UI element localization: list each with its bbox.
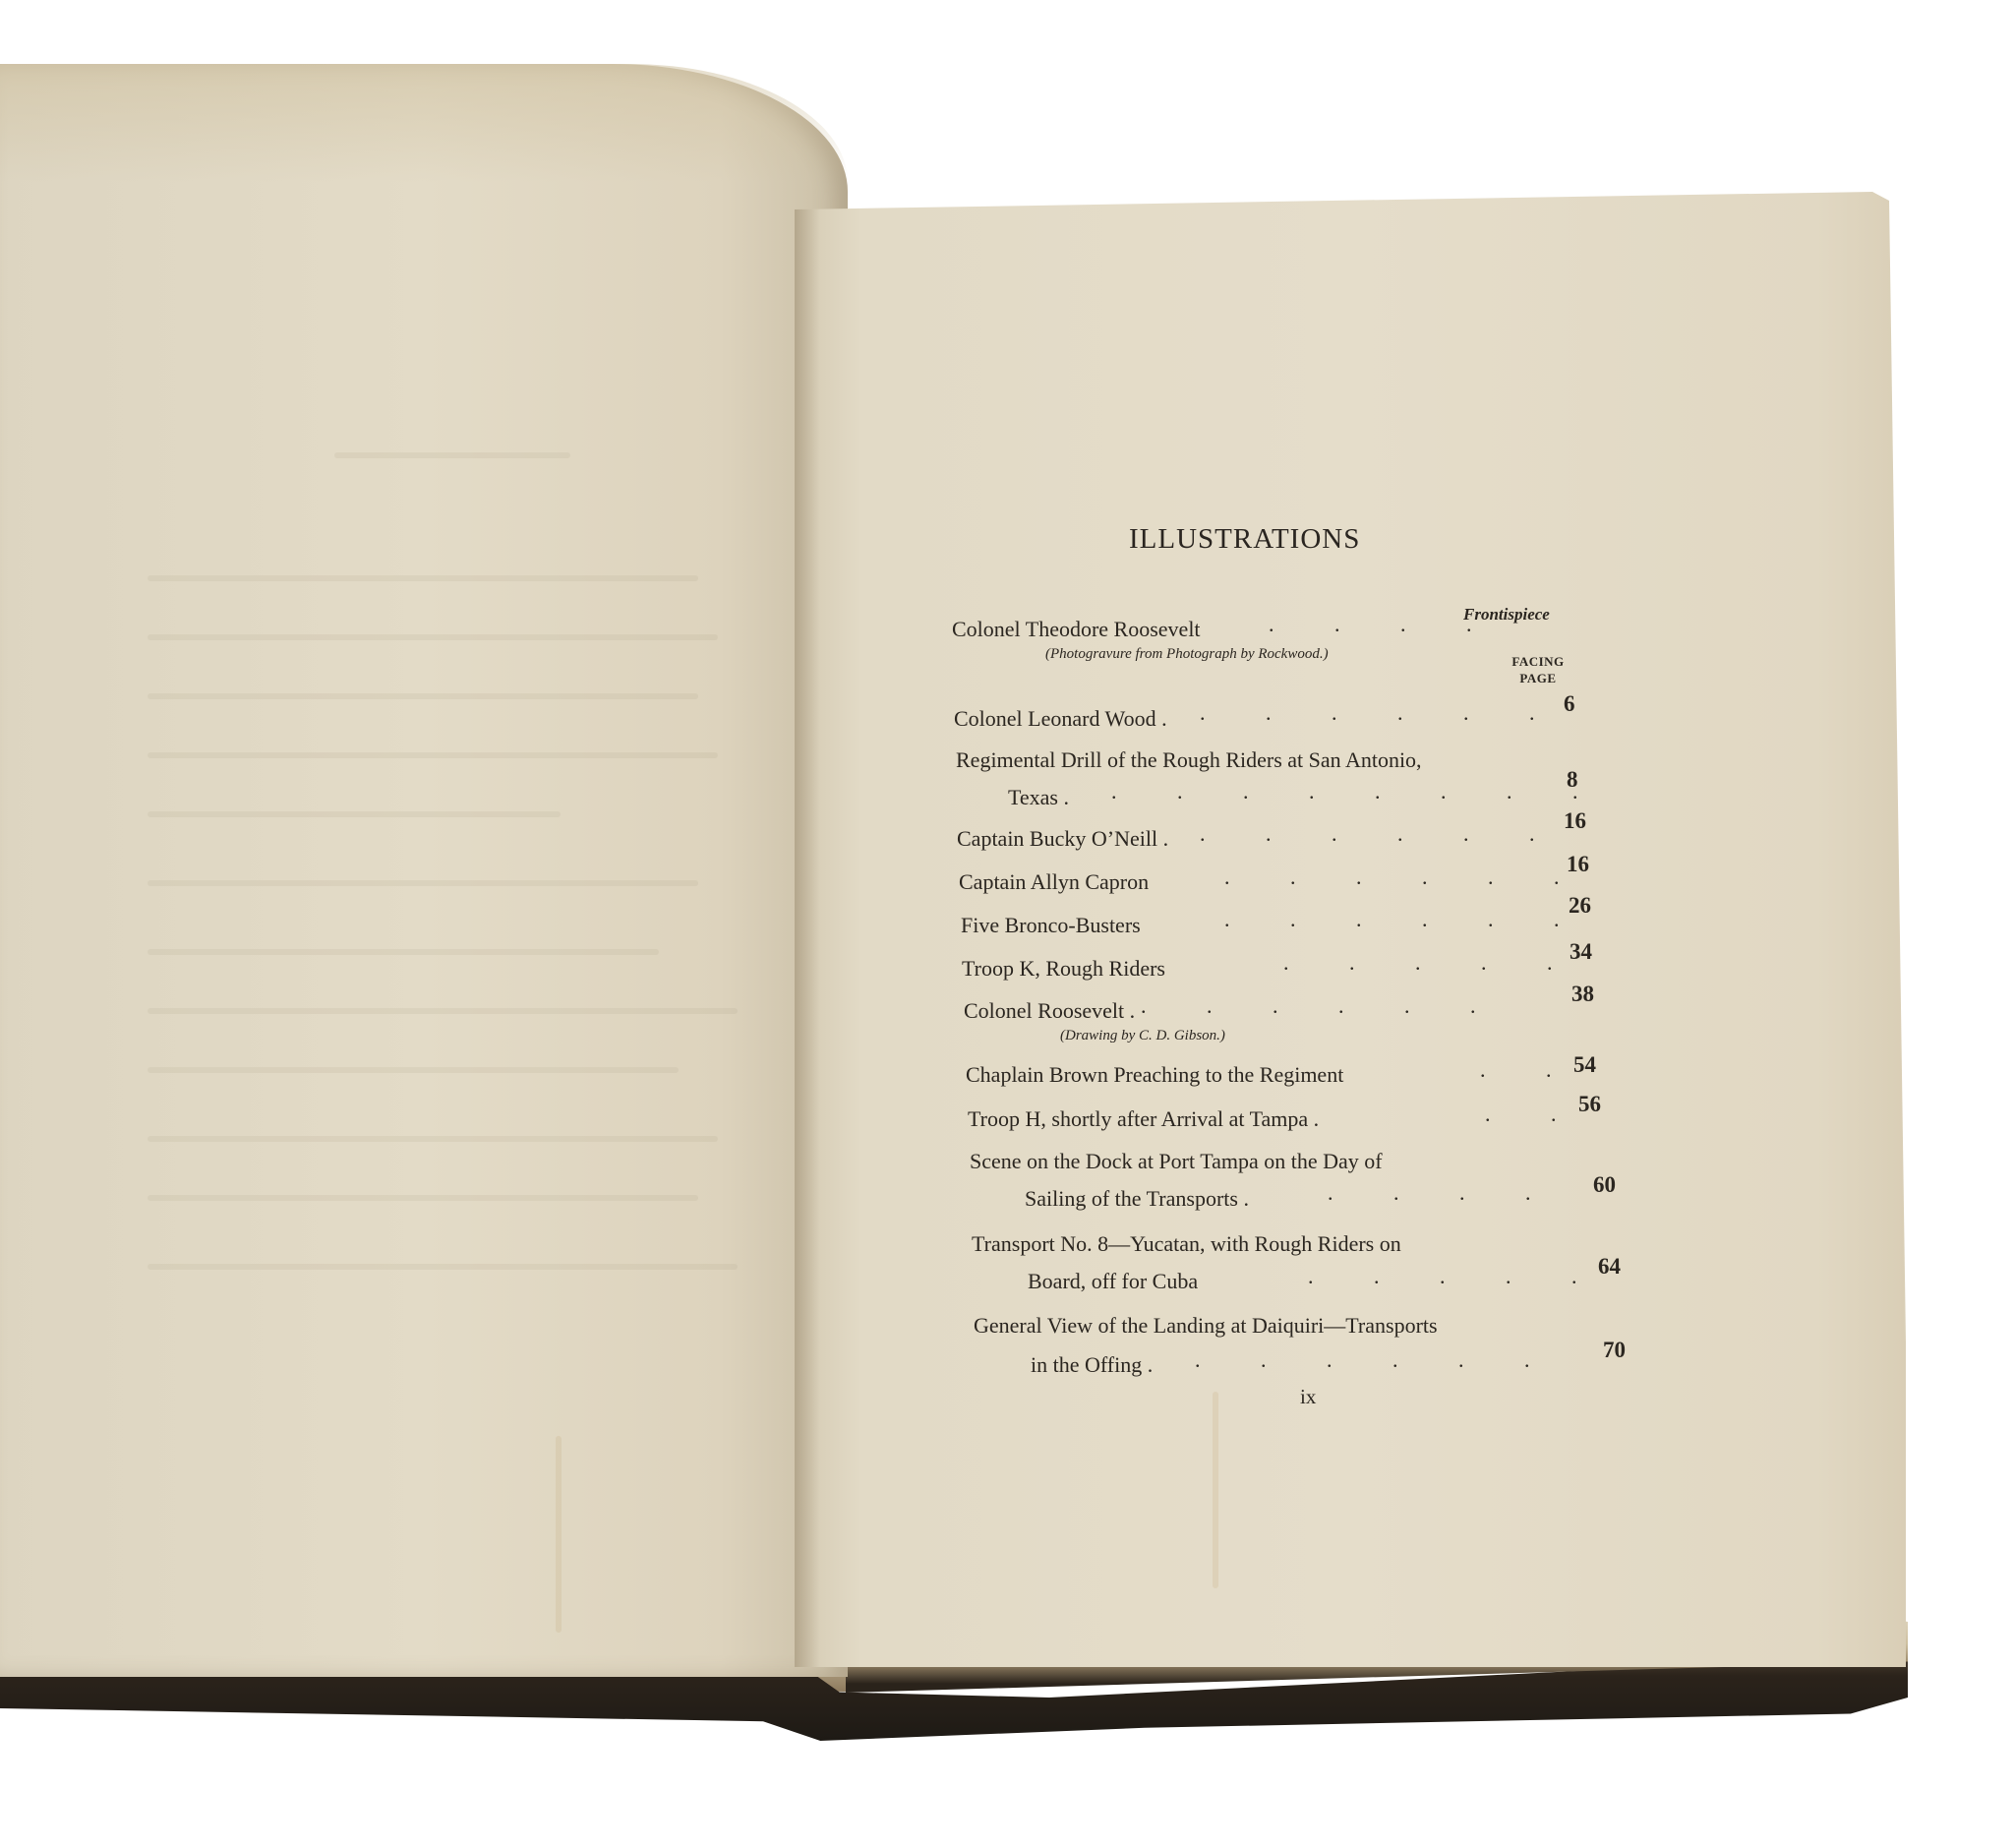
bleed-through-text [148,1008,738,1014]
entry-title: General View of the Landing at Daiquiri—… [974,1313,1438,1339]
dot-leaders: . . [1480,1057,1579,1083]
entry-title: Captain Bucky O’Neill . [957,826,1168,852]
dot-leaders: . . . . . . [1195,1347,1558,1373]
entry-title-continued: Texas . [1008,785,1069,810]
page-number: 54 [1573,1052,1596,1078]
entry-caption: (Photogravure from Photograph by Rockwoo… [1045,646,1329,663]
dot-leaders: . . . . . . [1224,907,1587,932]
entry-title: Transport No. 8—Yucatan, with Rough Ride… [972,1231,1401,1257]
page-number: 16 [1564,808,1586,834]
facing-label: FACING [1497,653,1579,670]
entry-title: Regimental Drill of the Rough Riders at … [956,747,1422,773]
bleed-through-text [334,452,570,458]
entry-title: Colonel Roosevelt . [964,998,1135,1024]
dot-leaders: . . . . . . . . [1111,779,1606,805]
left-page [0,64,848,1677]
dot-leaders: . . . . . [1283,950,1580,976]
page-number: 6 [1564,691,1575,717]
paper-stain [1213,1392,1218,1588]
bleed-through-text [148,949,659,955]
entry-title: Colonel Theodore Roosevelt [952,617,1201,642]
bleed-through-text [148,693,698,699]
entry-title-continued: in the Offing . [1031,1352,1153,1378]
entry-title: Troop K, Rough Riders [962,956,1165,982]
page-number: 70 [1603,1338,1626,1363]
bleed-through-text [148,1136,718,1142]
page-number: 8 [1567,767,1578,793]
page-heading: ILLUSTRATIONS [1129,523,1360,556]
entry-title: Scene on the Dock at Port Tampa on the D… [970,1149,1383,1174]
frontispiece-label: Frontispiece [1463,605,1550,625]
bleed-through-text [148,1195,698,1201]
bleed-through-text [148,1264,738,1270]
page-folio: ix [1300,1385,1316,1409]
page-number: 38 [1571,982,1594,1007]
dot-leaders: . . . . . . [1224,864,1587,890]
entry-title: Chaplain Brown Preaching to the Regiment [966,1062,1343,1088]
entry-title-continued: Board, off for Cuba [1028,1269,1198,1294]
entry-caption: (Drawing by C. D. Gibson.) [1060,1028,1225,1044]
bleed-through-text [148,880,698,886]
entry-title-continued: Sailing of the Transports . [1025,1186,1249,1212]
dot-leaders: . . . . [1328,1180,1559,1206]
entry-title: Captain Allyn Capron [959,869,1149,895]
dot-leaders: . . . . . . [1200,821,1563,847]
bleed-through-text [148,634,718,640]
page-number: 26 [1569,893,1591,919]
dot-leaders: . . . . . [1308,1264,1605,1289]
facing-page-header: FACING PAGE [1497,653,1579,686]
page-number: 34 [1570,939,1592,965]
bleed-through-text [148,811,561,817]
page-number: 16 [1567,852,1589,877]
entry-title: Colonel Leonard Wood . [954,706,1167,732]
entry-title: Five Bronco-Busters [961,913,1141,938]
bleed-through-text [148,575,698,581]
bleed-through-text [148,1067,679,1073]
bleed-through-text [148,752,718,758]
page-number: 60 [1593,1172,1616,1198]
paper-stain [556,1436,562,1633]
entry-title: Troop H, shortly after Arrival at Tampa … [968,1106,1319,1132]
page-number: 64 [1598,1254,1621,1280]
dot-leaders: . . [1485,1102,1584,1127]
page-label: PAGE [1497,670,1579,686]
dot-leaders: . . . . . . [1141,993,1504,1019]
dot-leaders: . . . . . . [1200,700,1563,726]
page-number: 56 [1578,1092,1601,1117]
